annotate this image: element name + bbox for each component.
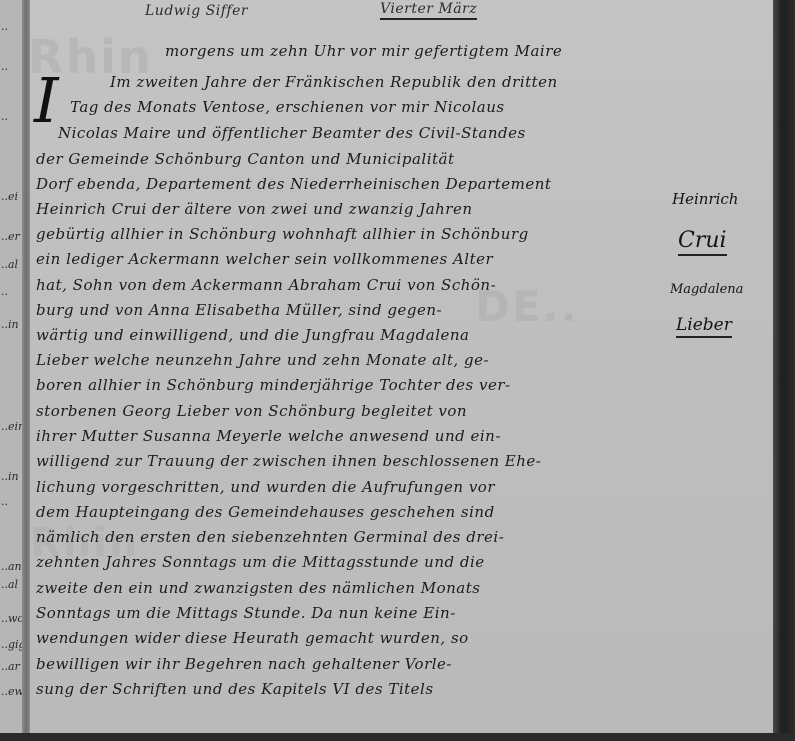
- margin-fragment: ..in: [1, 318, 19, 331]
- body-line: willigend zur Trauung der zwischen ihnen…: [36, 452, 541, 470]
- body-line: Im zweiten Jahre der Fränkischen Republi…: [110, 73, 558, 91]
- margin-fragment: ..ew: [1, 685, 24, 698]
- body-line: Dorf ebenda, Departement des Niederrhein…: [36, 175, 551, 193]
- scanned-document-page: .. .. .. ..ei ..er ..al .. ..in ..ein ..…: [0, 0, 795, 741]
- body-line: hat, Sohn von dem Ackermann Abraham Crui…: [36, 276, 496, 294]
- page-edge-shadow: [773, 0, 795, 741]
- body-line: bewilligen wir ihr Begehren nach gehalte…: [36, 655, 452, 673]
- decorative-initial: I: [34, 70, 59, 132]
- marginal-bride-surname: Lieber: [676, 315, 732, 338]
- body-line: Tag des Monats Ventose, erschienen vor m…: [70, 98, 505, 116]
- margin-fragment: ..: [1, 60, 8, 73]
- marginal-groom-surname: Crui: [678, 228, 727, 256]
- body-line: sung der Schriften und des Kapitels VI d…: [36, 680, 434, 698]
- margin-fragment: ..: [1, 495, 8, 508]
- margin-fragment: ..al: [1, 258, 18, 271]
- body-line: der Gemeinde Schönburg Canton und Munici…: [36, 150, 455, 168]
- body-line: Lieber welche neunzehn Jahre und zehn Mo…: [36, 351, 489, 369]
- body-line: zehnten Jahres Sonntags um die Mittagsst…: [36, 553, 485, 571]
- body-line: ein lediger Ackermann welcher sein vollk…: [36, 250, 493, 268]
- body-line: zweite den ein und zwanzigsten des nämli…: [36, 579, 480, 597]
- body-line: ihrer Mutter Susanna Meyerle welche anwe…: [36, 427, 501, 445]
- bottom-edge-shadow: [0, 733, 795, 741]
- header-fragment-left: Ludwig Siffer: [145, 3, 248, 19]
- margin-fragment: ..in: [1, 470, 19, 483]
- body-line: gebürtig allhier in Schönburg wohnhaft a…: [36, 225, 529, 243]
- body-line: morgens um zehn Uhr vor mir gefertigtem …: [165, 42, 562, 60]
- margin-fragment: ..an: [1, 560, 22, 573]
- margin-fragment: ..: [1, 110, 8, 123]
- margin-fragment: ..ar: [1, 660, 20, 673]
- body-line: boren allhier in Schönburg minderjährige…: [36, 376, 511, 394]
- binding-rule: [22, 0, 30, 741]
- header-fragment-right: Vierter März: [380, 1, 477, 20]
- marginal-groom-given-name: Heinrich: [672, 190, 738, 208]
- adjacent-page-text-fragments: .. .. .. ..ei ..er ..al .. ..in ..ein ..…: [0, 0, 22, 741]
- marginal-bride-given-name: Magdalena: [670, 282, 743, 297]
- body-line: wärtig und einwilligend, und die Jungfra…: [36, 326, 469, 344]
- body-line: wendungen wider diese Heurath gemacht wu…: [36, 629, 469, 647]
- margin-fragment: ..wo: [1, 612, 24, 625]
- body-line: Heinrich Crui der ältere von zwei und zw…: [36, 200, 473, 218]
- body-line: dem Haupteingang des Gemeindehauses gesc…: [36, 503, 495, 521]
- body-line: lichung vorgeschritten, und wurden die A…: [36, 478, 495, 496]
- margin-fragment: ..ei: [1, 190, 18, 203]
- margin-fragment: ..er: [1, 230, 20, 243]
- body-line: nämlich den ersten den siebenzehnten Ger…: [36, 528, 504, 546]
- body-line: storbenen Georg Lieber von Schönburg beg…: [36, 402, 467, 420]
- margin-fragment: ..: [1, 20, 8, 33]
- body-line: burg und von Anna Elisabetha Müller, sin…: [36, 301, 442, 319]
- body-line: Nicolas Maire und öffentlicher Beamter d…: [58, 124, 526, 142]
- margin-fragment: ..: [1, 285, 8, 298]
- margin-fragment: ..al: [1, 578, 18, 591]
- body-line: Sonntags um die Mittags Stunde. Da nun k…: [36, 604, 456, 622]
